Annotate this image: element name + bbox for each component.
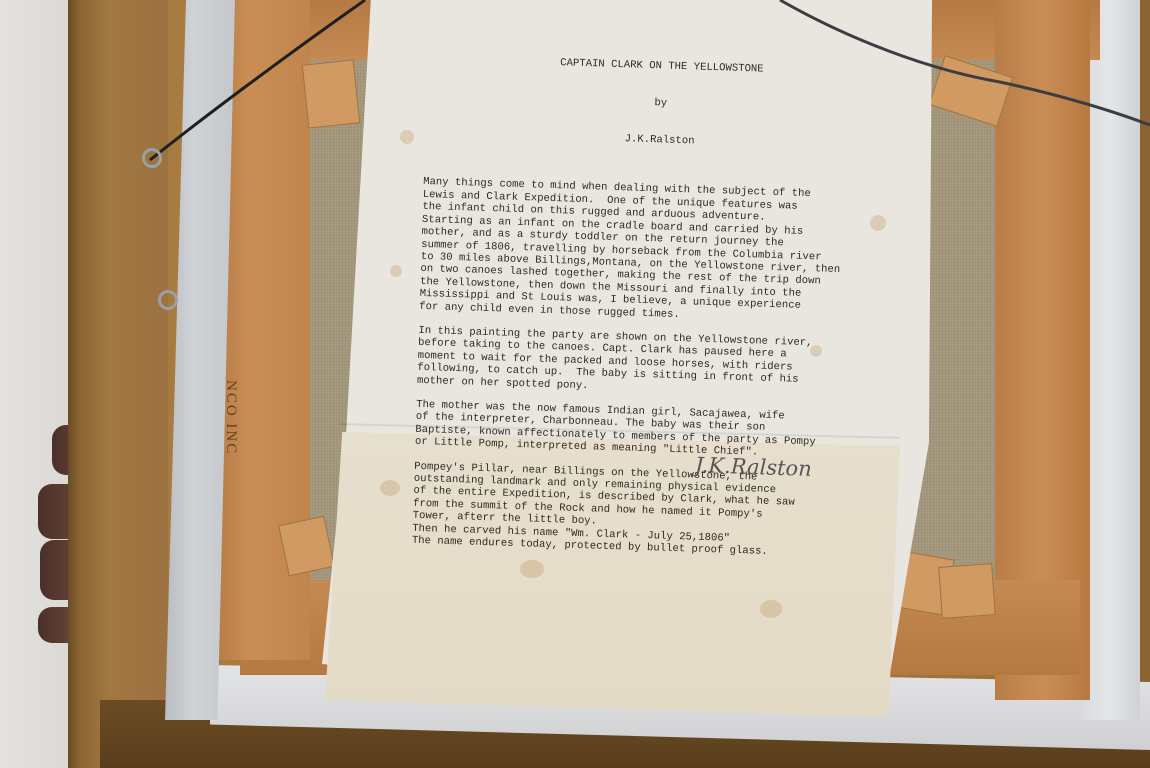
foxing-stain <box>380 480 400 496</box>
letter-title: CAPTAIN CLARK ON THE YELLOWSTONE <box>427 53 867 79</box>
letter-text: CAPTAIN CLARK ON THE YELLOWSTONE by J.K.… <box>411 28 867 573</box>
letter-paragraph: In this painting the party are shown on … <box>417 325 859 401</box>
stretcher-key <box>938 563 995 619</box>
letter-author: J.K.Ralston <box>424 127 864 153</box>
frame-maker-stamp: NCO INC <box>222 380 239 455</box>
foxing-stain <box>870 215 886 231</box>
letter-paragraph: Many things come to mind when dealing wi… <box>419 176 863 326</box>
handwritten-signature: J.K.Ralston <box>695 453 813 481</box>
foxing-stain <box>760 600 782 618</box>
screw-eye <box>142 148 162 168</box>
screw-eye <box>158 290 178 310</box>
outer-frame-left-rail <box>68 0 168 768</box>
letter-paragraph: The mother was the now famous Indian gir… <box>415 399 856 462</box>
letter-byline: by <box>426 90 866 116</box>
stretcher-key <box>302 59 360 128</box>
foxing-stain <box>390 265 402 277</box>
foxing-stain <box>400 130 414 144</box>
